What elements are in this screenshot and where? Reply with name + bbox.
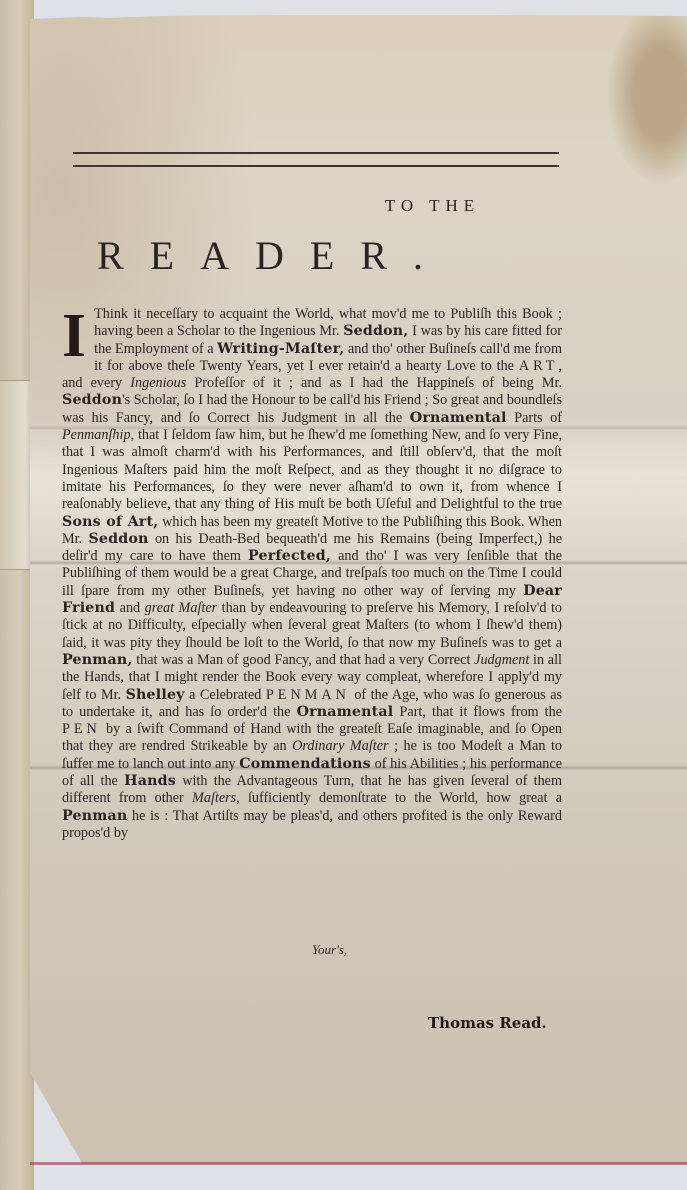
- text-run-italic: Penmanſhip: [62, 427, 131, 443]
- author-signature: Thomas Read.: [428, 1014, 547, 1032]
- text-run-italic: great Maſter: [145, 600, 218, 616]
- body-text-runs: Think it neceſſary to acquaint the World…: [62, 306, 562, 841]
- text-run-italic: Judgment: [474, 652, 529, 668]
- page-title: READER.: [97, 232, 537, 279]
- text-run-blackletter: Shelley: [126, 687, 185, 703]
- text-run-blackletter: Perfected,: [248, 548, 331, 564]
- text-run: Parts of: [507, 410, 562, 426]
- text-run: , that I ſeldom ſaw him, but he ſhew'd m…: [62, 427, 562, 512]
- text-run-blackletter: Seddon: [88, 531, 148, 547]
- text-run-italic: Maſters: [192, 790, 236, 806]
- pre-title: TO THE: [0, 196, 620, 216]
- text-run-blackletter: Commendations: [239, 756, 371, 772]
- text-run: , ſufficiently demonſtrate to the World,…: [236, 790, 562, 806]
- text-run-blackletter: Seddon: [62, 392, 122, 408]
- page-bottom-edge: [30, 1162, 687, 1165]
- text-run-blackletter: Ornamental: [410, 410, 507, 426]
- text-run-blackletter: Writing-Maſter,: [217, 341, 344, 357]
- text-run-blackletter: Ornamental: [297, 704, 394, 720]
- text-run-spaced: ART: [519, 358, 559, 374]
- header-rule-bottom: [73, 165, 559, 167]
- text-run-blackletter: Sons of Art,: [62, 514, 158, 530]
- text-run-blackletter: Penman,: [62, 652, 133, 668]
- body-paragraph: I Think it neceſſary to acquaint the Wor…: [62, 306, 562, 842]
- text-run-blackletter: Penman: [62, 808, 127, 824]
- text-run: and: [115, 600, 144, 616]
- text-run: a Celebrated: [185, 687, 266, 703]
- drop-cap: I: [62, 308, 86, 364]
- facing-page-edge: [0, 0, 34, 1190]
- text-run-italic: Ingenious: [130, 375, 186, 391]
- text-run-italic: Ordinary Maſter: [292, 738, 388, 754]
- closing-salutation: Your's,: [312, 942, 347, 958]
- text-run: that was a Man of good Fancy, and that h…: [133, 652, 475, 668]
- text-run-spaced: PEN: [62, 721, 101, 737]
- text-run: Part, that it flows from the: [393, 704, 562, 720]
- text-run-blackletter: Hands: [124, 773, 176, 789]
- header-rule-top: [73, 152, 559, 154]
- text-run: he is : That Artiſts may be pleas'd, and…: [62, 808, 562, 841]
- text-run-spaced: PENMAN: [266, 687, 350, 703]
- text-run-blackletter: Seddon,: [343, 323, 408, 339]
- text-run: Profeſſor of it ; and as I had the Happi…: [186, 375, 562, 391]
